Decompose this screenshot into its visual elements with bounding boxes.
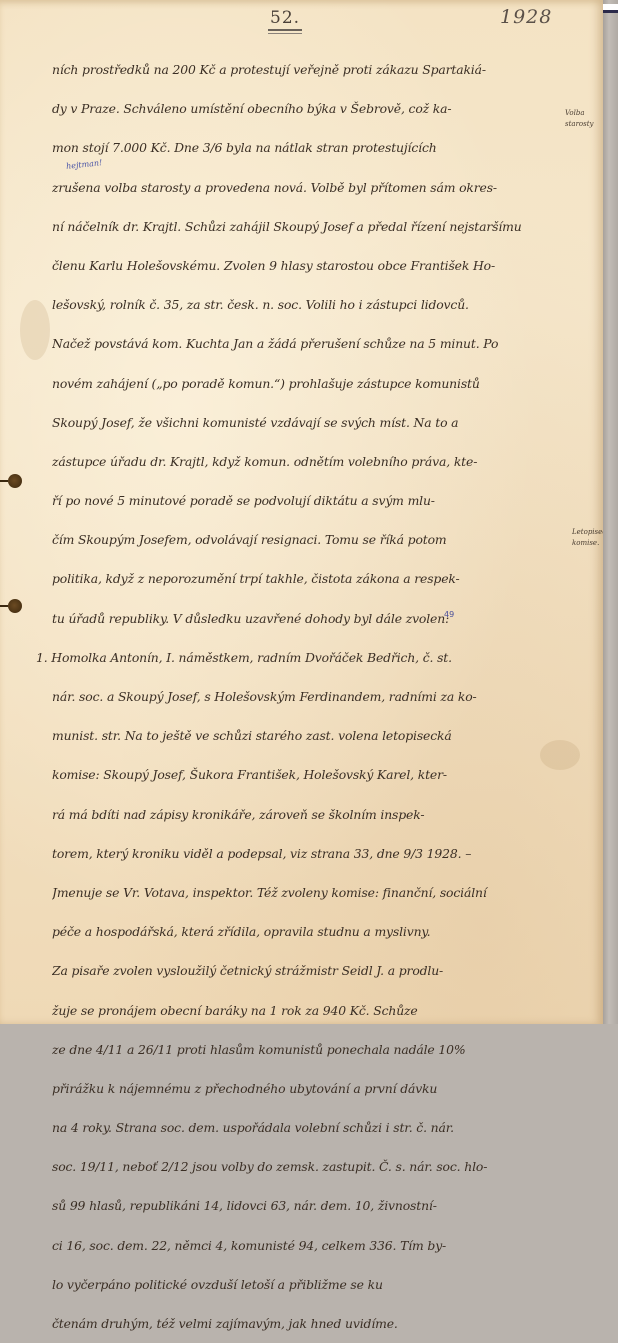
text-line: novém zahájení („po poradě komun.“) proh… [52,364,572,403]
text-line: torem, který kroniku viděl a podepsal, v… [52,834,572,873]
text-line: politika, když z neporozumění trpí takhl… [52,559,572,598]
text-line: péče a hospodářská, která zřídila, oprav… [52,912,572,951]
text-line: ří po nové 5 minutové poradě se podvoluj… [52,481,572,520]
book-page-edge [603,0,618,1024]
text-line: munist. str. Na to ještě ve schůzi staré… [52,716,572,755]
chronicle-page: 52. 1928 hejtman! 49 Volba starosty Leto… [0,0,603,1024]
text-line: čím Skoupým Josefem, odvolávají resignac… [52,520,572,559]
text-line: Za pisaře zvolen vysloužilý četnický str… [52,951,572,990]
page-tab-marker [603,4,618,13]
text-line: lešovský, rolník č. 35, za str. česk. n.… [52,285,572,324]
text-line: žuje se pronájem obecní baráky na 1 rok … [52,991,572,1025]
text-line: zrušena volba starosty a provedena nová.… [52,168,572,207]
page-number: 52. [268,8,302,31]
text-line: členu Karlu Holešovskému. Zvolen 9 hlasy… [52,246,572,285]
text-line: 1. Homolka Antonín, I. náměstkem, radním… [36,638,572,677]
text-line: nár. soc. a Skoupý Josef, s Holešovským … [52,677,572,716]
text-line: ních prostředků na 200 Kč a protestují v… [52,50,572,89]
text-line: Skoupý Josef, že všichni komunisté vzdáv… [52,403,572,442]
text-line: Načež povstává kom. Kuchta Jan a žádá př… [52,324,572,363]
binding-hole-bottom [8,599,22,613]
text-line: ní náčelník dr. Krajtl. Schůzi zahájil S… [52,207,572,246]
text-line: Jmenuje se Vr. Votava, inspektor. Též zv… [52,873,572,912]
handwritten-body: ních prostředků na 200 Kč a protestují v… [52,50,572,1024]
binding-hole-top [8,474,22,488]
text-line: tu úřadů republiky. V důsledku uzavřené … [52,599,572,638]
text-line: dy v Praze. Schváleno umístění obecního … [52,89,572,128]
text-line: zástupce úřadu dr. Krajtl, když komun. o… [52,442,572,481]
year-heading: 1928 [500,6,552,28]
paper-stain [20,300,50,360]
text-line: komise: Skoupý Josef, Šukora František, … [52,755,572,794]
text-line: rá má bdíti nad zápisy kronikáře, zárove… [52,795,572,834]
text-line: mon stojí 7.000 Kč. Dne 3/6 byla na nátl… [52,128,572,167]
